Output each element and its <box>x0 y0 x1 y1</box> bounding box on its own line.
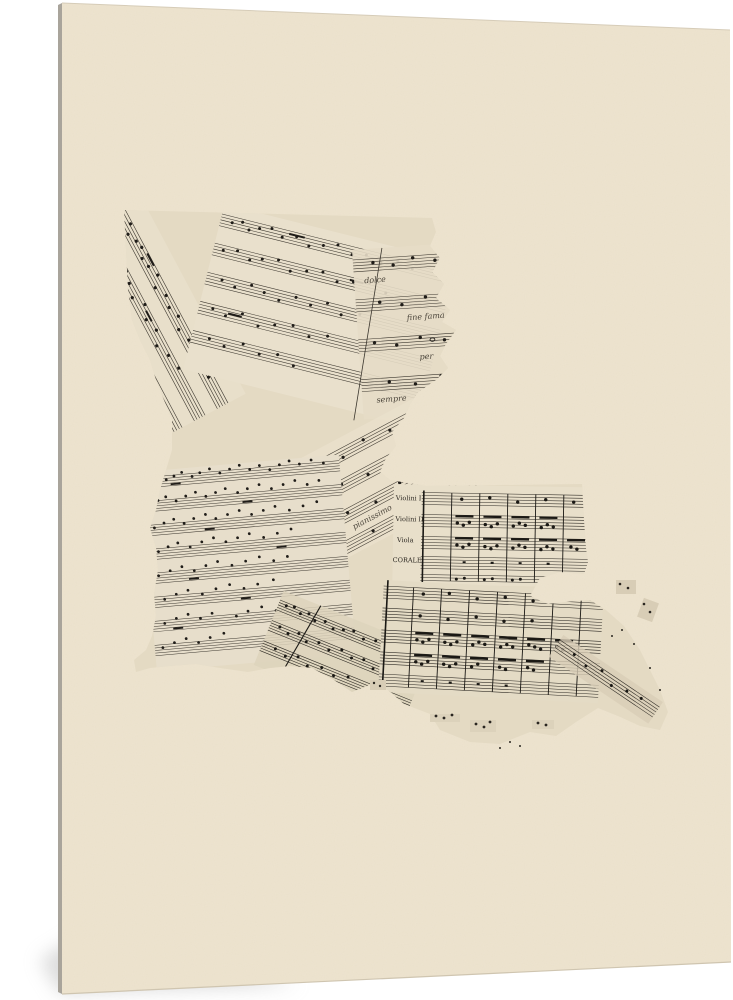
product-stage: dolce fine fama per sempre <box>0 0 733 1000</box>
svg-text:Violini I: Violini I <box>395 494 422 502</box>
svg-text:Viola: Viola <box>396 536 414 544</box>
canvas-print-artwork: dolce fine fama per sempre <box>0 0 733 1000</box>
svg-text:dolce: dolce <box>364 275 387 286</box>
svg-text:Violini II: Violini II <box>394 515 424 524</box>
svg-text:CORALE: CORALE <box>393 556 422 565</box>
svg-text:per: per <box>419 352 434 362</box>
canvas-side-edge <box>58 3 62 994</box>
orchestral-score-fragment: Violini I Violini II Viola CORALE <box>392 484 590 587</box>
